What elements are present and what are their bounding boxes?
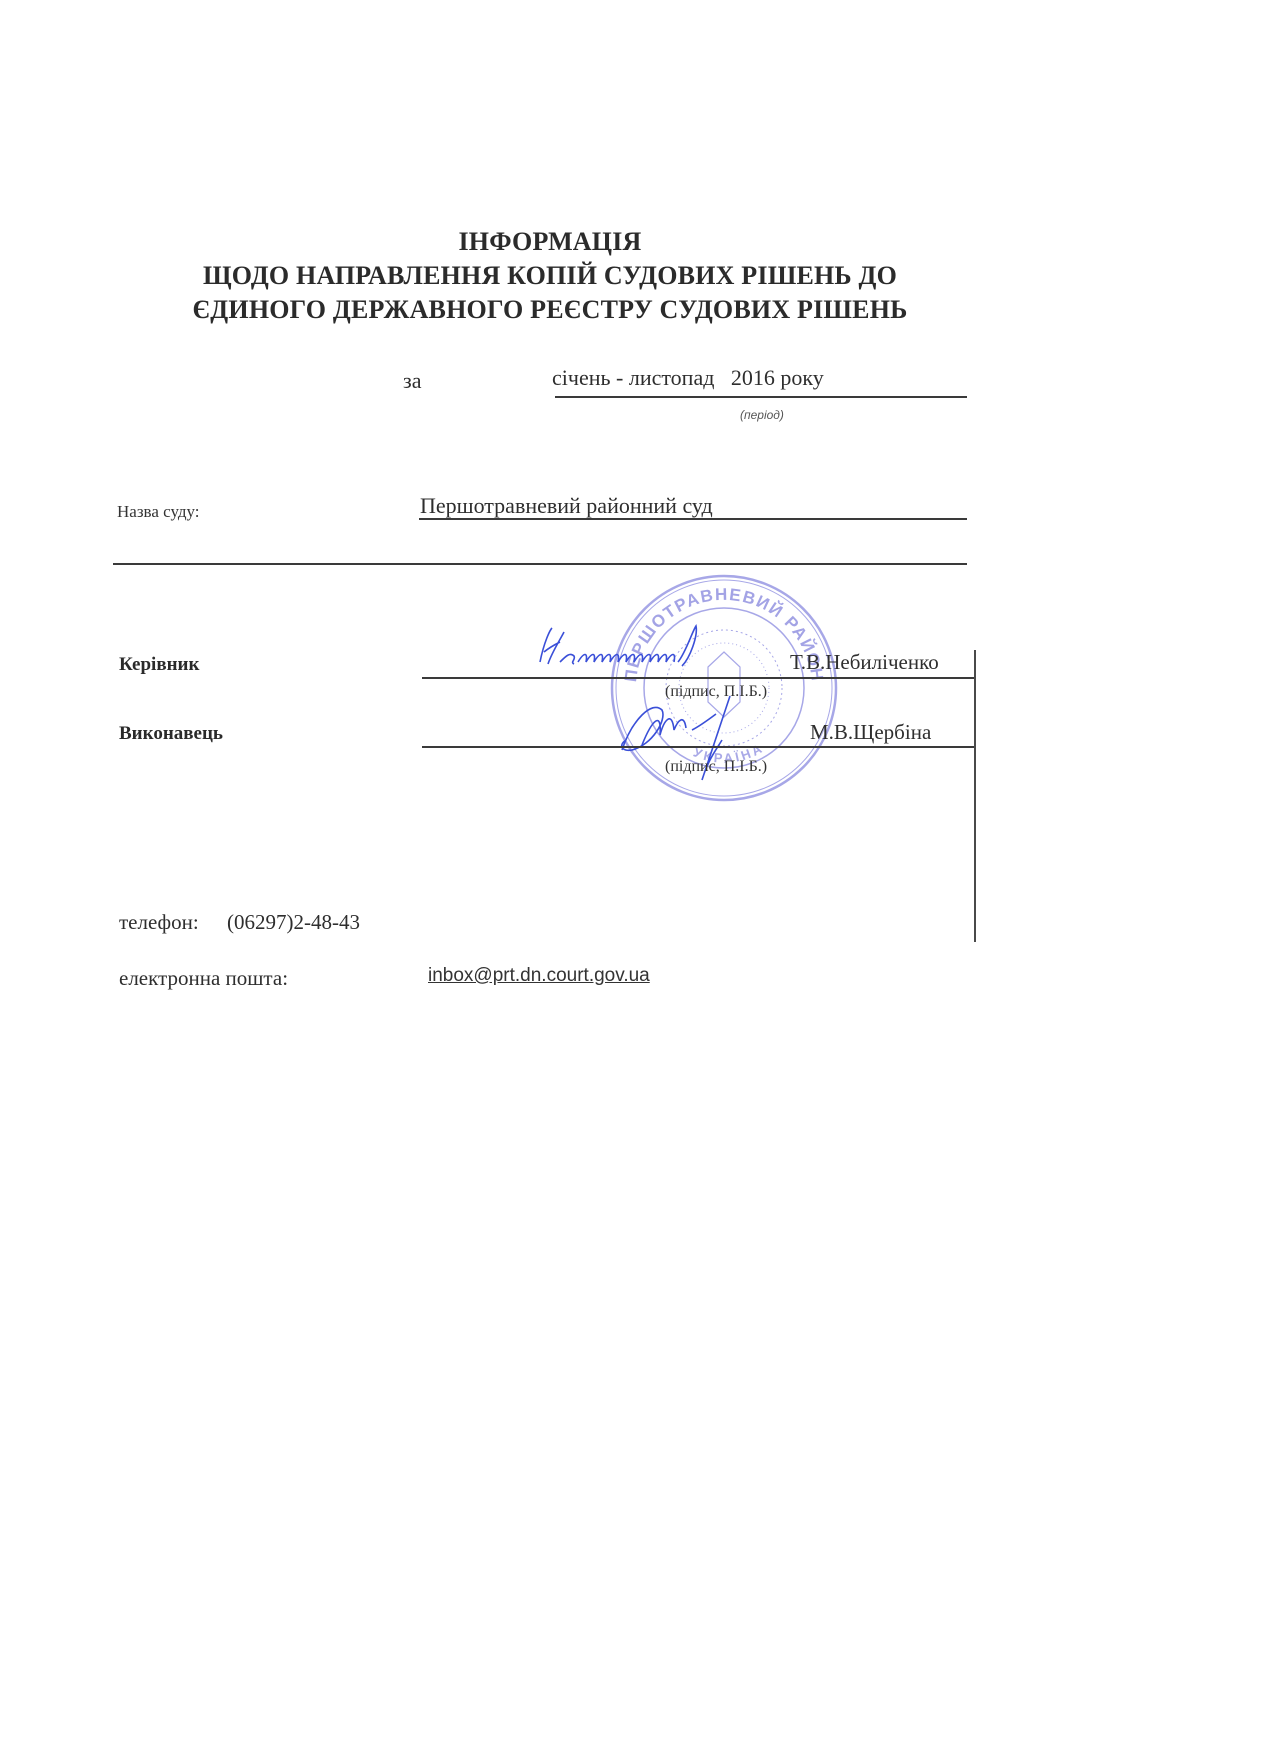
- court-name: Першотравневий районний суд: [420, 493, 713, 519]
- right-border-line: [974, 650, 976, 942]
- document-title: ІНФОРМАЦІЯ ЩОДО НАПРАВЛЕННЯ КОПІЙ СУДОВИ…: [0, 225, 1100, 327]
- title-line-2: ЩОДО НАПРАВЛЕННЯ КОПІЙ СУДОВИХ РІШЕНЬ ДО: [0, 259, 1100, 293]
- executor-caption: (підпис, П.І.Б.): [665, 758, 767, 776]
- court-label: Назва суду:: [117, 502, 200, 522]
- head-signature-line: [422, 677, 975, 679]
- phone-label: телефон:: [119, 910, 199, 935]
- executor-role-label: Виконавець: [119, 723, 223, 745]
- period-prefix: за: [403, 368, 421, 394]
- head-role-label: Керівник: [119, 654, 199, 676]
- executor-signature-line: [422, 746, 975, 748]
- period-underline: [555, 396, 967, 398]
- head-name: Т.В.Небиліченко: [790, 650, 939, 675]
- head-signature-icon: [530, 622, 720, 677]
- period-caption: (період): [740, 408, 784, 422]
- court-underline: [419, 518, 967, 520]
- court-second-line: [113, 563, 967, 565]
- title-line-3: ЄДИНОГО ДЕРЖАВНОГО РЕЄСТРУ СУДОВИХ РІШЕН…: [0, 293, 1100, 327]
- phone-value: (06297)2-48-43: [227, 910, 360, 935]
- period-value: січень - листопад 2016 року: [552, 365, 824, 391]
- title-line-1: ІНФОРМАЦІЯ: [0, 225, 1100, 259]
- executor-name: М.В.Щербіна: [810, 720, 931, 745]
- email-label: електронна пошта:: [119, 966, 288, 991]
- email-link[interactable]: inbox@prt.dn.court.gov.ua: [428, 965, 650, 987]
